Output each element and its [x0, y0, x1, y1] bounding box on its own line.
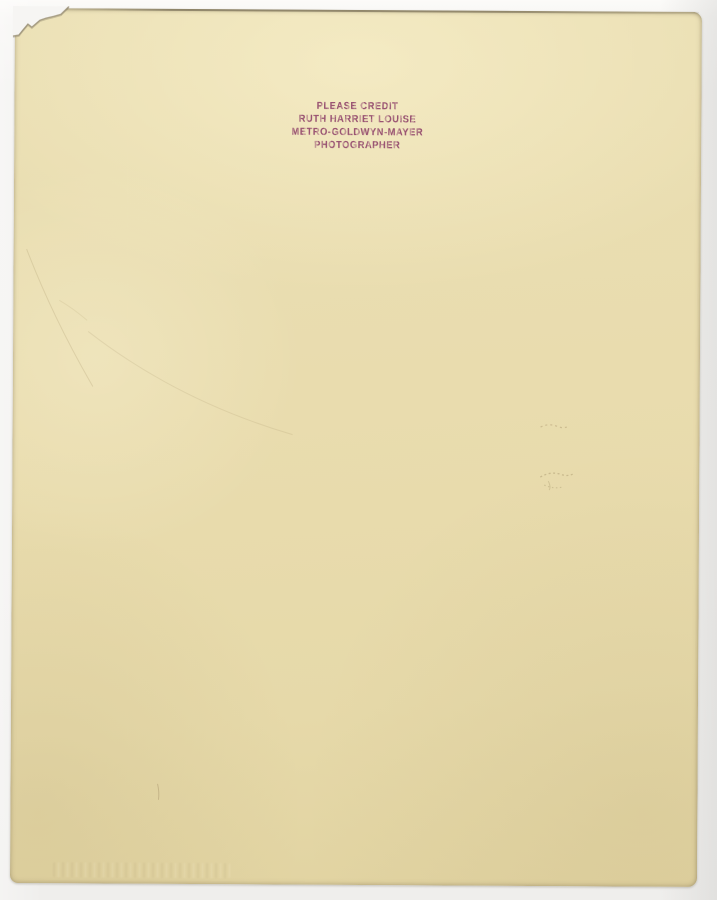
stamp-line-photographer-name: RUTH HARRIET LOUISE [264, 112, 450, 126]
credit-stamp: PLEASE CREDIT RUTH HARRIET LOUISE METRO-… [264, 99, 450, 152]
stamp-line-photographer-title: PHOTOGRAPHER [264, 138, 450, 152]
torn-corner [13, 6, 87, 44]
photo-verso-paper: PLEASE CREDIT RUTH HARRIET LOUISE METRO-… [10, 8, 702, 887]
faint-emboss-mark [53, 862, 230, 878]
stamp-line-studio: METRO-GOLDWYN-MAYER [264, 125, 450, 139]
stamp-line-please-credit: PLEASE CREDIT [264, 99, 450, 113]
